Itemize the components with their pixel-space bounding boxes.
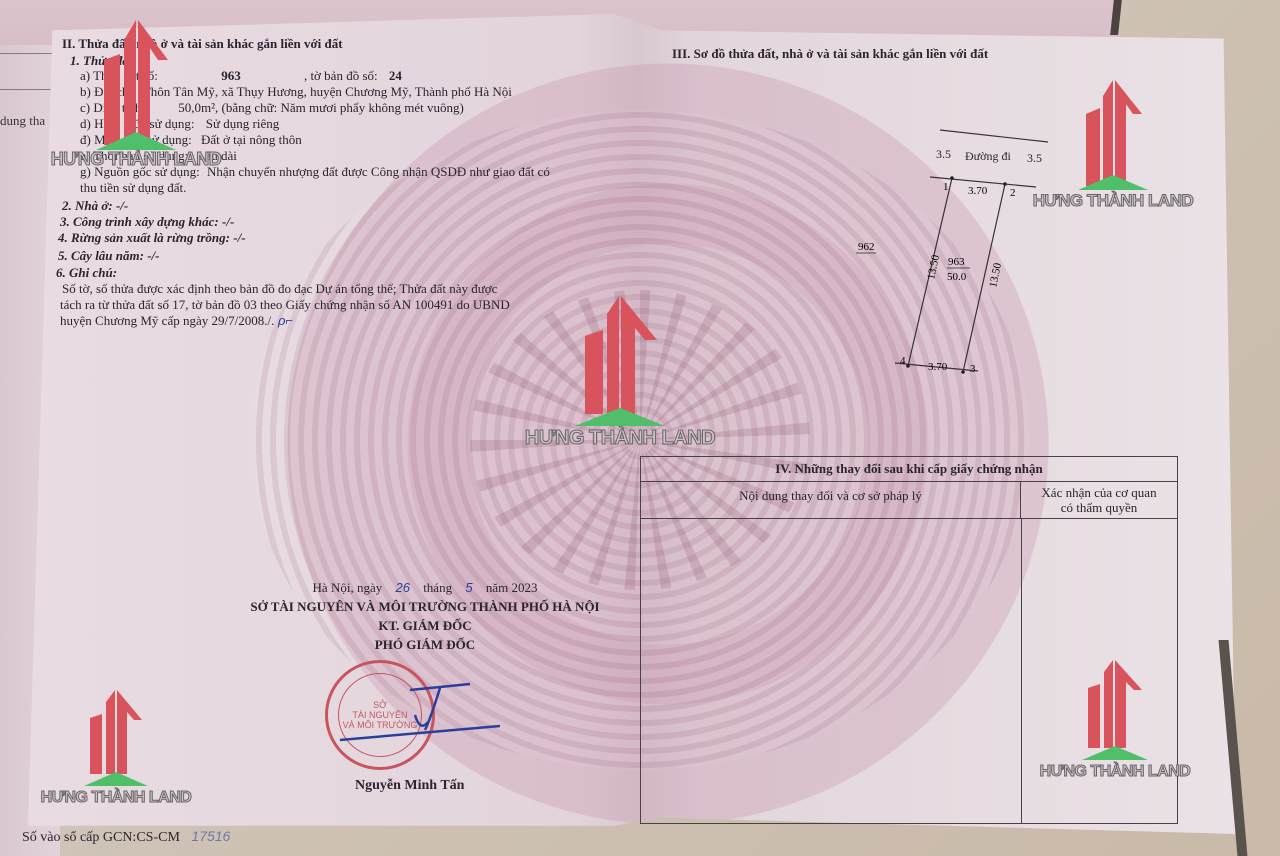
changes-table-header: Nội dung thay đổi và cơ sở pháp lý Xác n…: [641, 482, 1177, 519]
watermark-brand: HƯNG THÀNH LAND: [510, 427, 730, 450]
origin-value-line2: thu tiền sử dụng đất.: [80, 180, 186, 196]
note-line-2: tách ra từ thửa đất số 17, tờ bản đồ 03 …: [60, 297, 510, 313]
watermark-brand: HƯNG THÀNH LAND: [1018, 191, 1208, 211]
watermark-center: HƯNG THÀNH LAND: [510, 296, 730, 450]
svg-text:3.5: 3.5: [936, 147, 951, 161]
ht-logo-icon: [1082, 660, 1148, 760]
registry-number: Số vào sổ cấp GCN:CS-CM 17516: [22, 828, 230, 846]
map-sheet-value: 24: [389, 68, 402, 83]
changes-empty-cell: [641, 519, 1022, 823]
watermark-brand: HƯNG THÀNH LAND: [36, 789, 196, 807]
svg-text:963: 963: [948, 256, 965, 268]
ht-logo-icon: [575, 296, 665, 426]
item-perennial-trees: 5. Cây lâu năm: -/-: [58, 248, 160, 264]
col-change-content: Nội dung thay đổi và cơ sở pháp lý: [641, 482, 1021, 518]
item-notes-heading: 6. Ghi chú:: [56, 265, 117, 281]
handwritten-signature: [330, 670, 500, 750]
changes-table-title: IV. Những thay đổi sau khi cấp giấy chứn…: [641, 457, 1177, 482]
ht-logo-icon: [96, 20, 176, 150]
signer-title: PHÓ GIÁM ĐỐC: [190, 635, 660, 654]
map-sheet-label: , tờ bản đồ số:: [304, 68, 378, 83]
watermark-bottom-left: HƯNG THÀNH LAND: [36, 690, 196, 807]
svg-text:962: 962: [858, 241, 875, 253]
note-line-3: huyện Chương Mỹ cấp ngày 29/7/2008./. ρ⌐: [60, 313, 293, 329]
svg-text:3: 3: [970, 363, 976, 375]
item-planted-forest: 4. Rừng sản xuất là rừng trồng: -/-: [58, 230, 246, 246]
handwritten-day: 26: [395, 580, 409, 595]
svg-text:2: 2: [1010, 187, 1016, 199]
svg-text:13.50: 13.50: [925, 253, 942, 280]
svg-text:4: 4: [900, 355, 906, 367]
watermark-top-left: HƯNG THÀNH LAND: [36, 20, 236, 170]
issuing-agency: SỞ TÀI NGUYÊN VÀ MÔI TRƯỜNG THÀNH PHỐ HÀ…: [190, 597, 660, 616]
svg-text:Đường đi: Đường đi: [965, 149, 1012, 163]
handwritten-month: 5: [465, 580, 472, 595]
origin-value: Nhận chuyển nhượng đất được Công nhận QS…: [207, 164, 550, 179]
ht-logo-icon: [84, 690, 148, 786]
svg-text:3.70: 3.70: [968, 185, 988, 197]
handwritten-registry-value: 17516: [191, 828, 230, 844]
item-other-construction: 3. Công trình xây dựng khác: -/-: [60, 214, 234, 230]
on-behalf-title: KT. GIÁM ĐỐC: [190, 616, 660, 635]
watermark-bottom-right: HƯNG THÀNH LAND: [1030, 660, 1200, 781]
signature-block: Hà Nội, ngày 26 tháng 5 năm 2023 SỞ TÀI …: [190, 578, 660, 654]
watermark-brand: HƯNG THÀNH LAND: [36, 149, 236, 170]
section-iii-title: III. Sơ đồ thửa đất, nhà ở và tài sản kh…: [672, 46, 988, 62]
col-authority-confirmation: Xác nhận của cơ quan có thẩm quyền: [1021, 482, 1177, 518]
ht-logo-icon: [1078, 80, 1148, 190]
watermark-top-right: HƯNG THÀNH LAND: [1018, 80, 1208, 211]
svg-text:50.0: 50.0: [947, 271, 967, 283]
signer-name: Nguyễn Minh Tấn: [355, 778, 464, 794]
svg-text:13.50: 13.50: [987, 261, 1004, 288]
svg-text:3.70: 3.70: [928, 361, 948, 373]
place-date: Hà Nội, ngày 26 tháng 5 năm 2023: [190, 578, 660, 597]
svg-text:1: 1: [943, 181, 949, 193]
watermark-brand: HƯNG THÀNH LAND: [1030, 763, 1200, 781]
item-house: 2. Nhà ở: -/-: [62, 198, 128, 214]
note-line-1: Số tờ, số thửa được xác định theo bản đồ…: [62, 281, 497, 297]
handwritten-initial: ρ⌐: [274, 313, 293, 328]
